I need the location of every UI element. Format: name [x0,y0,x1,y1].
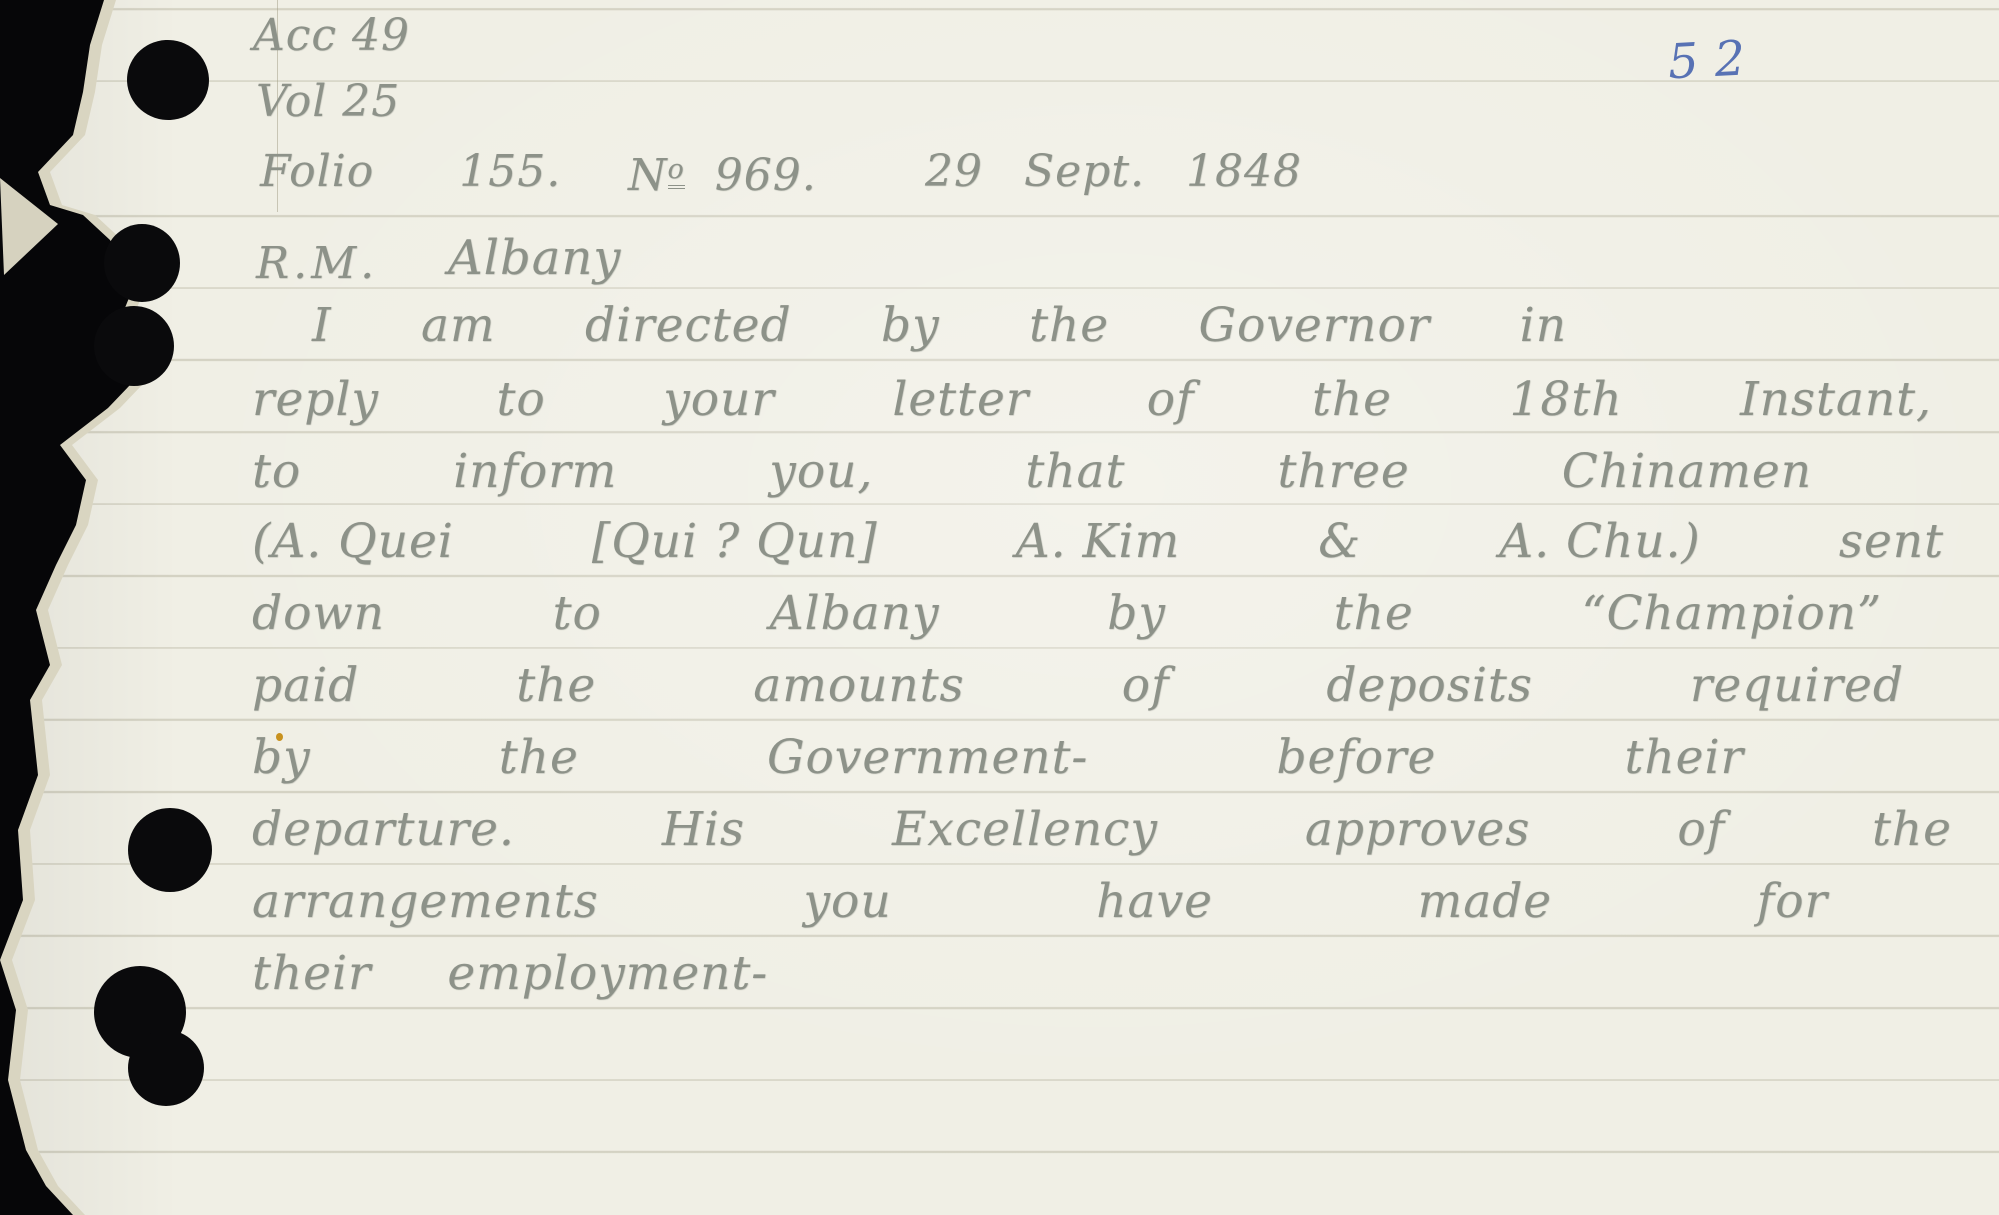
punch-hole [104,224,180,302]
body-line: arrangementsyouhavemadefor [252,874,1828,929]
volume-mark: Vol 25 [256,76,400,127]
body-line: replytoyourletterofthe18thInstant, [252,372,1932,427]
letter-number-value: 969. [715,150,817,201]
blue-folio-number: 52 [1667,30,1763,91]
letter-number: No969. [628,150,817,201]
body-line: (A. Quei[Qui ? Qun]A. Kim&A. Chu.)sent [252,514,1944,569]
accession-mark: Acc 49 [253,10,410,61]
place-name: Albany [448,230,621,286]
punch-hole [128,1030,204,1106]
punch-hole [128,808,212,892]
folio-mark: Folio 155. [260,146,561,197]
body-line: IamdirectedbytheGovernorin [312,298,1567,353]
body-line: downtoAlbanybythe“Champion” [252,586,1882,641]
body-line: departure.HisExcellencyapprovesofthe [252,802,1952,857]
manuscript-photo: Acc 49 Vol 25 Folio 155. No969. 29 Sept.… [0,0,1999,1215]
body-line: toinformyou,thatthreeChinamen [252,444,1812,499]
recipient: R.M. [256,238,378,289]
body-line: paidtheamountsofdepositsrequired [252,658,1904,713]
punch-hole [94,306,174,386]
letter-date: 29 Sept. 1848 [925,146,1302,197]
body-line: bytheGovernment-beforetheir [252,730,1744,785]
letter-number-prefix: N [628,150,668,201]
body-line: their employment- [252,946,768,1001]
letter-number-superscript: o [668,156,685,189]
